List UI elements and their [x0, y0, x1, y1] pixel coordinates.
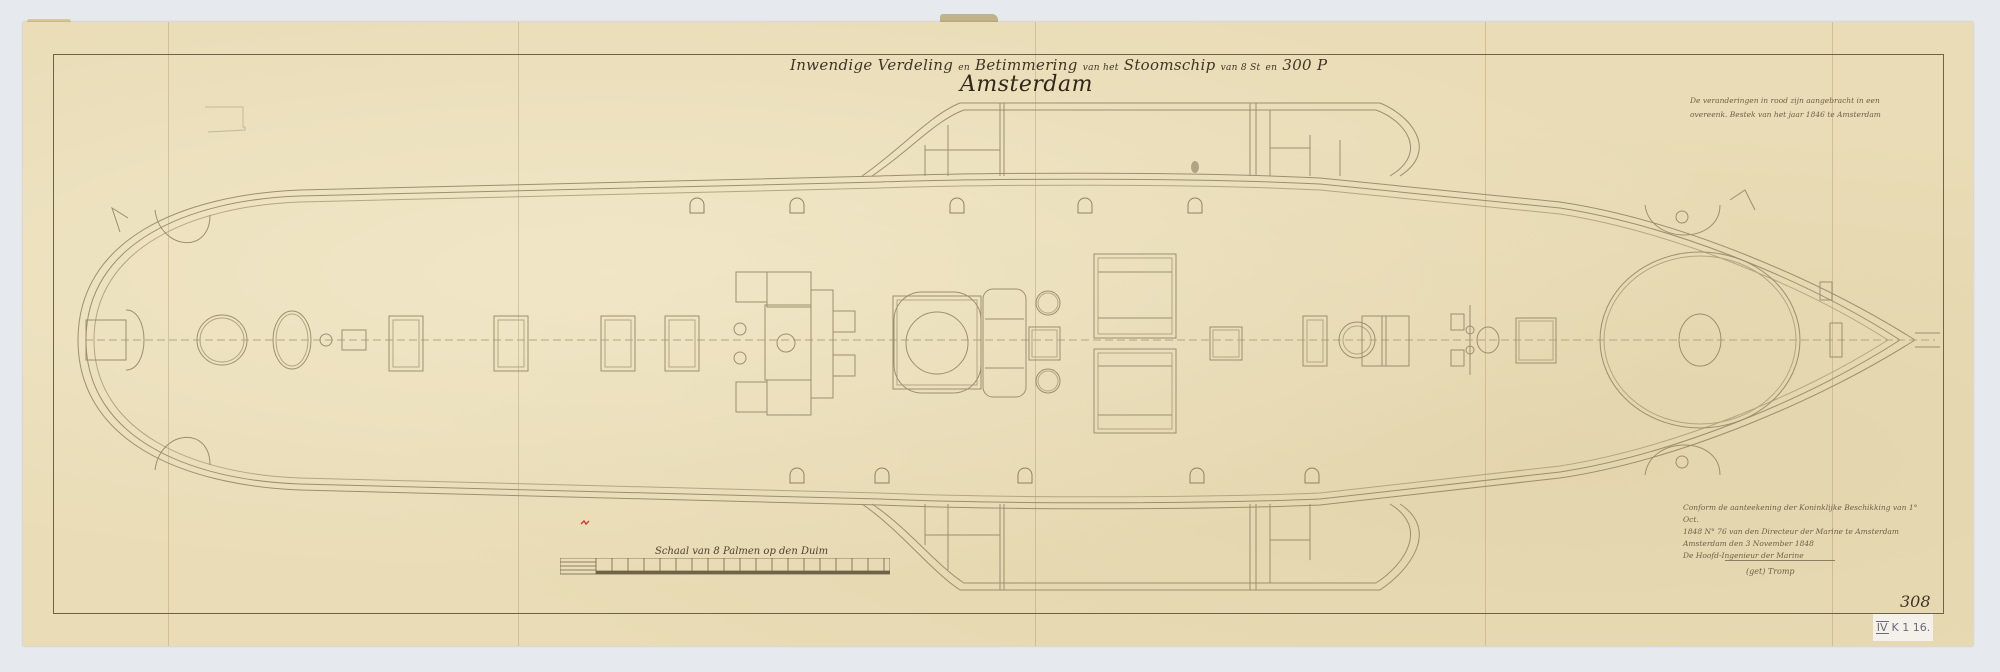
note-line: overeenk. Bestek van het jaar 1846 te Am… [1690, 108, 1980, 122]
signature: (get) Tromp [1746, 567, 1795, 576]
title-ship-type: Stoomschip [1124, 56, 1216, 74]
title-small: van 8 St [1221, 63, 1261, 73]
archive-label: IV K 1 16. [1873, 614, 1933, 641]
archive-code: K 1 16. [1892, 621, 1931, 634]
hull-outline [78, 173, 1915, 509]
note-top: De veranderingen in rood zijn aangebrach… [1690, 94, 1980, 122]
scale-bar [560, 558, 890, 576]
archive-roman: IV [1876, 621, 1889, 634]
approval-note: Conform de aanteekening der Koninklijke … [1683, 502, 1923, 562]
signature-line [1725, 560, 1835, 561]
page-number: 308 [1900, 592, 1931, 611]
paddle-box-bottom [862, 504, 1419, 590]
note-line: 1848 N° 76 van den Directeur der Marine … [1683, 526, 1923, 538]
paddle-box-top [862, 103, 1419, 176]
note-line: De veranderingen in rood zijn aangebrach… [1690, 94, 1980, 108]
note-line: Amsterdam den 3 November 1848 [1683, 538, 1923, 550]
title-small: en [1266, 63, 1278, 73]
title-lead: Inwendige Verdeling [790, 56, 953, 74]
ship-name: Amsterdam [960, 72, 1093, 97]
title-power: 300 P [1282, 56, 1327, 74]
scale-title: Schaal van 8 Palmen op den Duim [655, 546, 828, 557]
note-line: Conform de aanteekening der Koninklijke … [1683, 502, 1923, 526]
